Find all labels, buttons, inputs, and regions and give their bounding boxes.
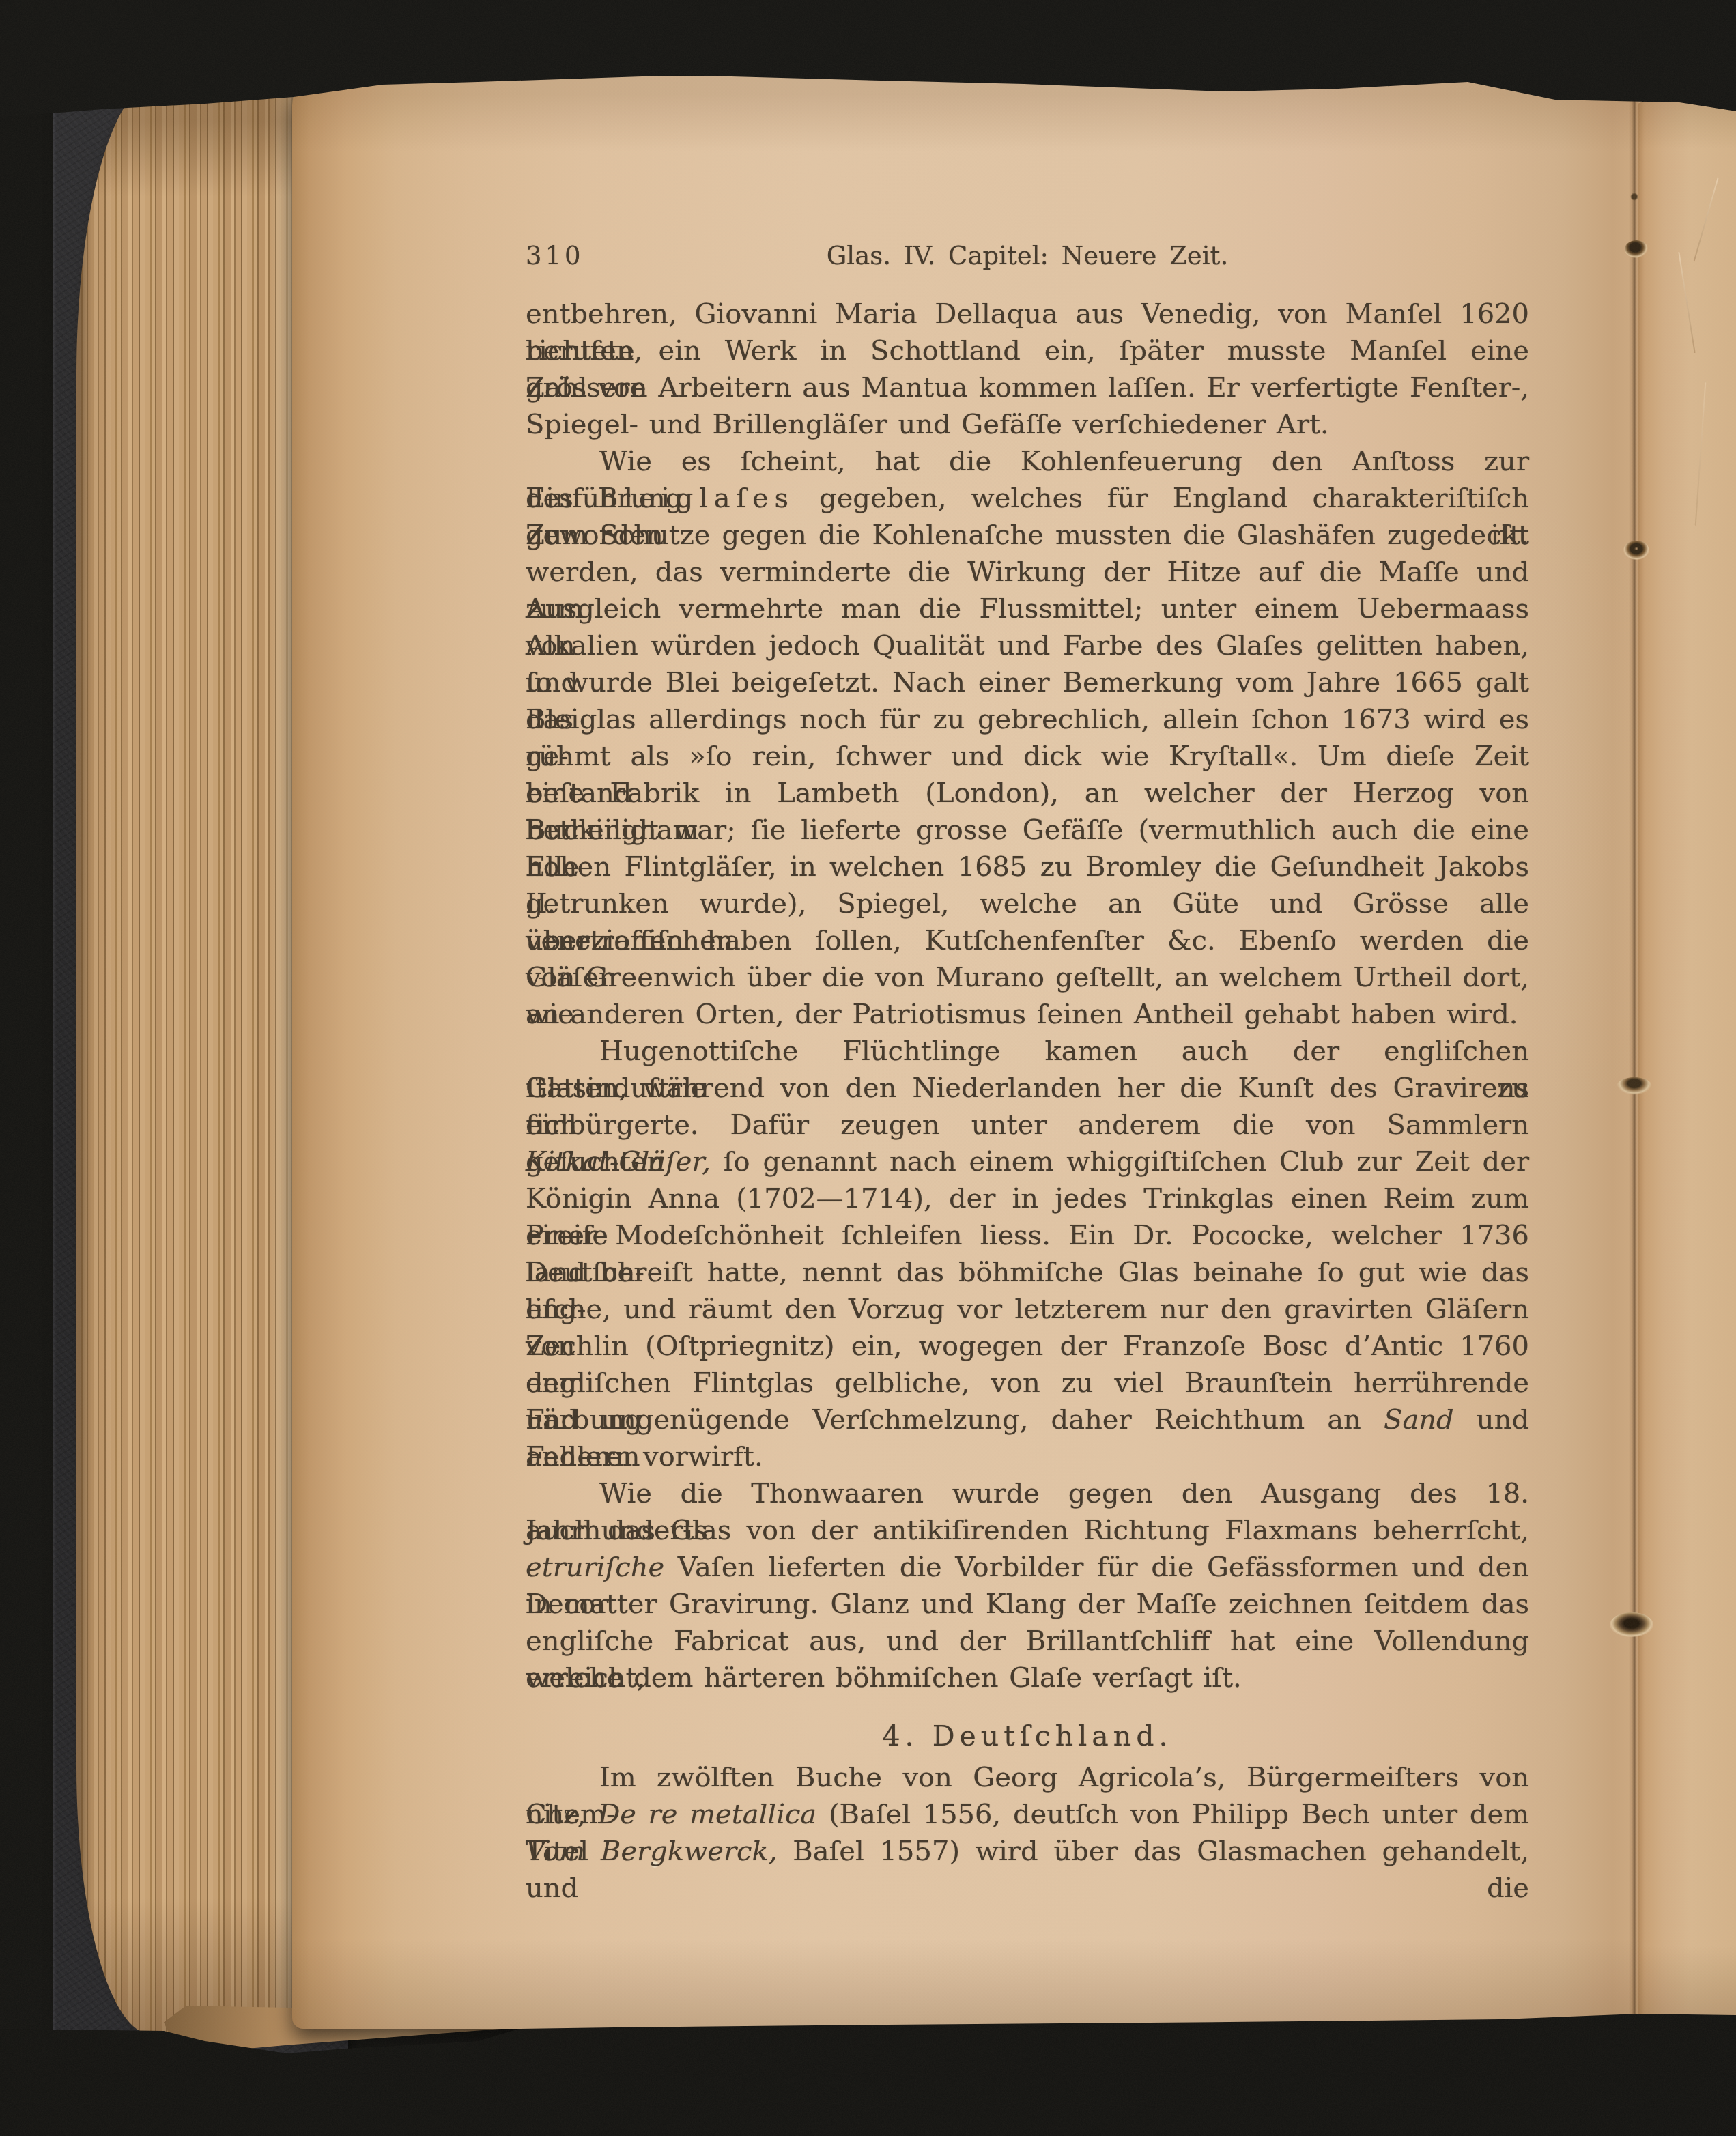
text-segment: und ungenügende Verſchmelzung, daher Rei… [526, 1404, 1384, 1436]
text-line: Spiegel- und Brillengläſer und Gefäſſe v… [526, 406, 1529, 443]
paragraph: Wie es ſcheint, hat die Kohlenfeuerung d… [526, 443, 1529, 1033]
text-line: Ausgleich vermehrte man die Flussmittel;… [526, 590, 1529, 627]
text-segment: Zahl von Arbeitern aus Mantua kommen laſ… [526, 372, 1529, 403]
text-line: nitz, De re metallica (Baſel 1556, deutſ… [526, 1796, 1529, 1833]
text-line: werden, das verminderte die Wirkung der … [526, 554, 1529, 590]
text-segment: an anderen Orten, der Patriotismus ſeine… [526, 999, 1518, 1030]
paragraph: Wie die Thonwaaren wurde gegen den Ausga… [526, 1475, 1529, 1696]
binding-stitch [1623, 541, 1649, 560]
text-line: engliſchen Flintglas gelbliche, von zu v… [526, 1365, 1529, 1401]
text-line: welche dem härteren böhmiſchen Glaſe ver… [526, 1660, 1529, 1696]
text-line: einbürgerte. Dafür zeugen unter anderem … [526, 1107, 1529, 1143]
text-line: liſche, und räumt den Vorzug vor letzter… [526, 1291, 1529, 1328]
binding-stitch [1625, 240, 1648, 258]
text-line: Kitkat-Gläſer, ſo genannt nach einem whi… [526, 1143, 1529, 1180]
text-segment: des [526, 483, 598, 514]
text-segment: auch das Glas von der antikiſirenden Ric… [526, 1515, 1529, 1546]
text-segment: nitz, [526, 1799, 598, 1830]
text-line: land bereiſt hatte, nennt das böhmiſche … [526, 1254, 1529, 1291]
text-line: Fehlern vorwirft. [526, 1438, 1529, 1475]
italic-text: etruriſche [526, 1552, 664, 1583]
gutter-crease [1629, 87, 1640, 2019]
text-segment: Spiegel- und Brillengläſer und Gefäſſe v… [526, 409, 1329, 440]
text-line: von Greenwich über die von Murano geſtel… [526, 959, 1529, 996]
italic-text: Sand [1384, 1404, 1454, 1436]
book-scan-photo: 310 Glas. IV. Capitel: Neuere Zeit. entb… [0, 0, 1736, 2136]
text-line: des Bleiglaſes gegeben, welches für Engl… [526, 480, 1529, 517]
italic-text: Kitkat-Gläſer, [526, 1146, 711, 1178]
text-line: eine Fabrik in Lambeth (London), an welc… [526, 775, 1529, 812]
page-header: 310 Glas. IV. Capitel: Neuere Zeit. [526, 238, 1529, 274]
text-line: Im zwölften Buche von Georg Agricola’s, … [526, 1759, 1529, 1796]
text-line: engliſche Fabricat aus, und der Brillant… [526, 1623, 1529, 1660]
text-line: Königin Anna (1702—1714), der in jedes T… [526, 1180, 1529, 1217]
text-line: Zum Schutze gegen die Kohlenaſche musste… [526, 517, 1529, 554]
italic-text: De re metallica [598, 1799, 816, 1830]
letterspaced-text: Bleiglaſes [598, 483, 795, 514]
text-line: Alkalien würden jedoch Qualität und Farb… [526, 627, 1529, 664]
text-line: richtete ein Werk in Schottland ein, ſpä… [526, 332, 1529, 369]
text-line: an anderen Orten, der Patriotismus ſeine… [526, 996, 1529, 1033]
text-segment: ſo genannt nach einem whiggiſtiſchen Clu… [711, 1146, 1529, 1178]
page-stack-fore-edges [76, 81, 302, 2034]
text-line: Hugenottiſche Flüchtlinge kamen auch der… [526, 1033, 1529, 1070]
text-line: entbehren, Giovanni Maria Dellaqua aus V… [526, 296, 1529, 332]
running-title: Glas. IV. Capitel: Neuere Zeit. [526, 238, 1529, 274]
text-line: getrunken wurde), Spiegel, welche an Güt… [526, 885, 1529, 922]
text-line: Bleiglas allerdings noch für zu gebrechl… [526, 701, 1529, 738]
binding-stitch [1630, 193, 1638, 201]
text-segment: in matter Gravirung. Glanz und Klang der… [526, 1589, 1529, 1620]
text-line: Vom Bergkwerck, Baſel 1557) wird über da… [526, 1833, 1529, 1870]
paragraph: Hugenottiſche Flüchtlinge kamen auch der… [526, 1033, 1529, 1475]
text-line: und ungenügende Verſchmelzung, daher Rei… [526, 1401, 1529, 1438]
text-line: einer Modeſchönheit ſchleifen liess. Ein… [526, 1217, 1529, 1254]
paragraph: entbehren, Giovanni Maria Dellaqua aus V… [526, 296, 1529, 443]
text-line: übertroffen haben ſollen, Kutſchenfenſte… [526, 922, 1529, 959]
next-page-edge [1638, 81, 1736, 2021]
binding-stitch [1610, 1612, 1653, 1637]
binding-stitch [1617, 1077, 1652, 1095]
text-segment: welche dem härteren böhmiſchen Glaſe ver… [526, 1662, 1242, 1694]
text-line: etruriſche Vaſen lieferten die Vorbilder… [526, 1549, 1529, 1586]
text-line: ſo wurde Blei beigeſetzt. Nach einer Bem… [526, 664, 1529, 701]
text-segment: Fehlern vorwirft. [526, 1441, 763, 1472]
text-line: auch das Glas von der antikiſirenden Ric… [526, 1512, 1529, 1549]
text-line: betheiligt war; ſie lieferte grosse Gefä… [526, 812, 1529, 849]
italic-text: Vom Bergkwerck, [526, 1836, 777, 1867]
text-line: Zechlin (Oſtpriegnitz) ein, wogegen der … [526, 1328, 1529, 1365]
text-line: in matter Gravirung. Glanz und Klang der… [526, 1586, 1529, 1623]
text-line: hohen Flintgläſer, in welchen 1685 zu Br… [526, 849, 1529, 885]
text-line: rühmt als »ſo rein, ſchwer und dick wie … [526, 738, 1529, 775]
text-line: Wie die Thonwaaren wurde gegen den Ausga… [526, 1475, 1529, 1512]
page-number: 310 [526, 238, 584, 274]
text-line: Wie es ſcheint, hat die Kohlenfeuerung d… [526, 443, 1529, 480]
section-heading: 4. Deutſchland. [526, 1718, 1529, 1754]
text-segment: Zum Schutze gegen die Kohlenaſche musste… [526, 519, 1529, 551]
paragraph: Im zwölften Buche von Georg Agricola’s, … [526, 1759, 1529, 1870]
text-line: Zahl von Arbeitern aus Mantua kommen laſ… [526, 369, 1529, 406]
text-line: ſtatten, während von den Niederlanden he… [526, 1070, 1529, 1107]
